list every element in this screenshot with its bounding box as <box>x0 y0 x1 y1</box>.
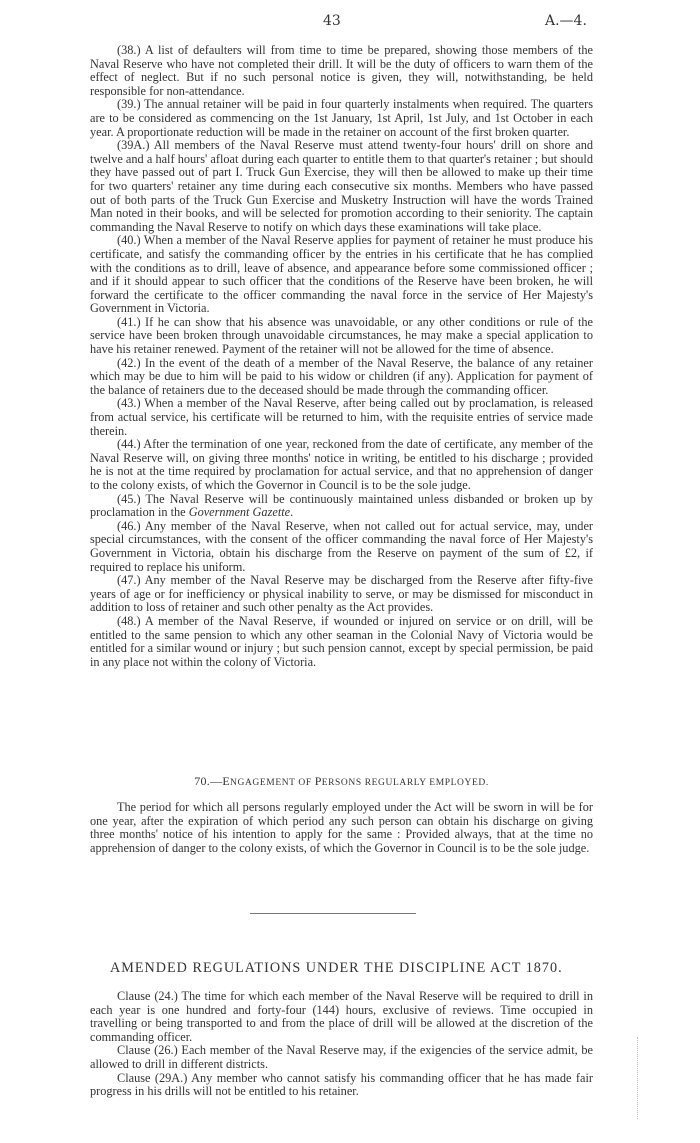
section-number: 70.— <box>194 774 222 788</box>
paragraph-45-text: (45.) The Naval Reserve will be continuo… <box>90 492 593 520</box>
paragraph-45-end: . <box>290 505 293 519</box>
paragraph-43: (43.) When a member of the Naval Reserve… <box>90 397 593 438</box>
amended-regulations-body: Clause (24.) The time for which each mem… <box>90 990 593 1099</box>
section-divider <box>250 913 416 914</box>
heading-cap-p: P <box>315 774 322 788</box>
section-70-heading: 70.—ENGAGEMENT OF PERSONS REGULARLY EMPL… <box>90 774 593 789</box>
clause-29a: Clause (29A.) Any member who cannot sati… <box>90 1072 593 1099</box>
paragraph-42: (42.) In the event of the death of a mem… <box>90 357 593 398</box>
page-header: 43 A.—4. <box>0 13 700 33</box>
paragraph-40: (40.) When a member of the Naval Reserve… <box>90 234 593 316</box>
paragraph-47: (47.) Any member of the Naval Reserve ma… <box>90 574 593 615</box>
paragraph-41: (41.) If he can show that his absence wa… <box>90 316 593 357</box>
paragraph-48: (48.) A member of the Naval Reserve, if … <box>90 615 593 669</box>
paragraph-39: (39.) The annual retainer will be paid i… <box>90 98 593 139</box>
heading-small-2: ERSONS REGULARLY EMPLOYED. <box>322 778 489 788</box>
gazette-title: Government Gazette <box>189 505 290 519</box>
document-reference: A.—4. <box>545 13 587 29</box>
clause-24: Clause (24.) The time for which each mem… <box>90 990 593 1044</box>
scan-artifact <box>637 1037 639 1119</box>
paragraph-45: (45.) The Naval Reserve will be continuo… <box>90 493 593 520</box>
paragraph-38: (38.) A list of defaulters will from tim… <box>90 44 593 98</box>
section-70-paragraph: The period for which all persons regular… <box>90 801 593 855</box>
paragraph-46: (46.) Any member of the Naval Reserve, w… <box>90 520 593 574</box>
amended-regulations-heading: AMENDED REGULATIONS UNDER THE DISCIPLINE… <box>110 960 580 977</box>
paragraph-44: (44.) After the termination of one year,… <box>90 438 593 492</box>
clause-26: Clause (26.) Each member of the Naval Re… <box>90 1044 593 1071</box>
heading-small-1: NGAGEMENT OF <box>230 778 315 788</box>
section-70-body: The period for which all persons regular… <box>90 801 593 855</box>
heading-cap-e: E <box>222 774 230 788</box>
paragraph-39a: (39A.) All members of the Naval Reserve … <box>90 139 593 234</box>
regulations-section: (38.) A list of defaulters will from tim… <box>90 44 593 669</box>
page-number: 43 <box>323 13 341 29</box>
